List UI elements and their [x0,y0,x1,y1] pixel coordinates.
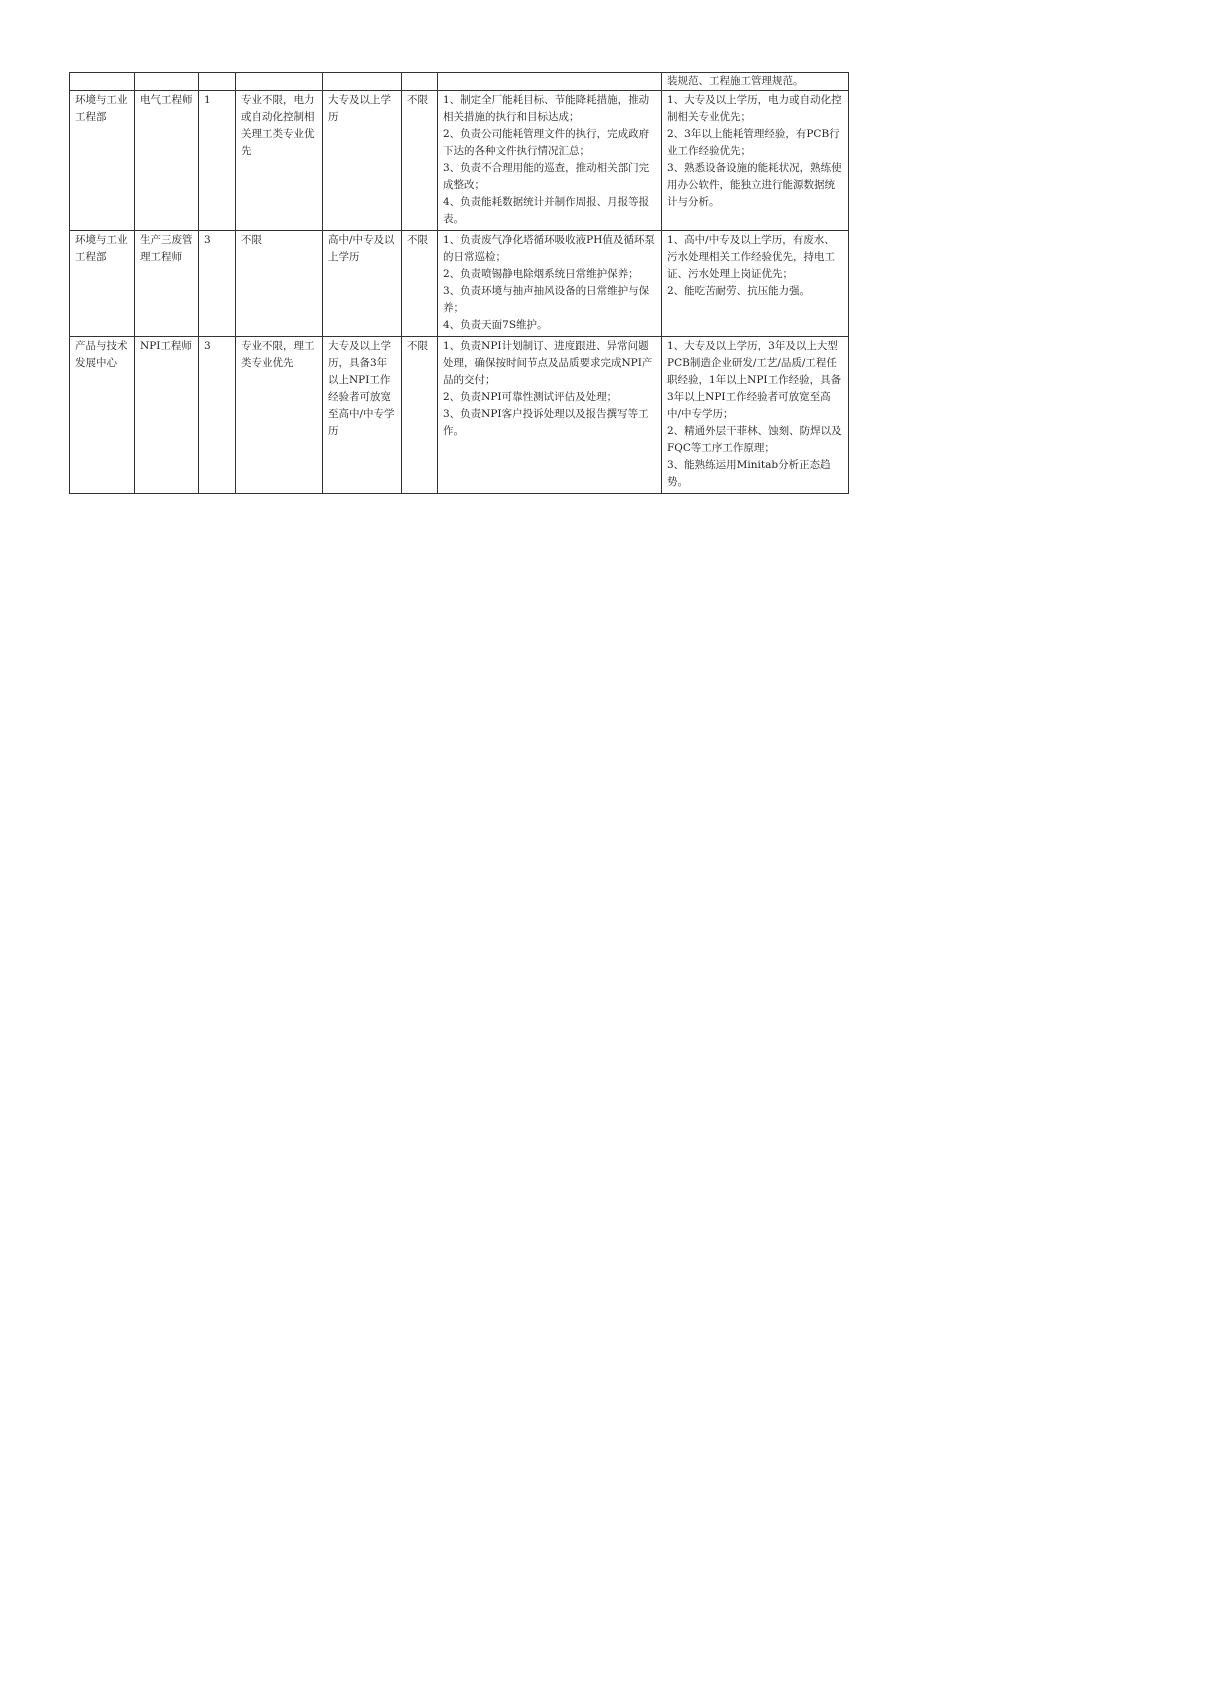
dutie-item: 3、负责环境与抽声抽风设备的日常维护与保养； [443,283,656,317]
dutie-item: 3、负责不合理用能的巡查，推动相关部门完成整改； [443,160,656,194]
education-cell: 大专及以上学历 [323,91,402,231]
table-row: 产品与技术发展中心 NPI工程师 3 专业不限，理工类专业优先 大专及以上学历，… [70,337,849,494]
dutie-item: 2、负责喷锡静电除烟系统日常维护保养； [443,266,656,283]
requirements-cell: 1、大专及以上学历，电力或自动化控制相关专业优先；2、3年以上能耗管理经验，有P… [662,91,849,231]
position-cell: 生产三废管理工程师 [135,231,199,337]
count-cell: 1 [199,91,236,231]
requirement-item: 1、大专及以上学历，3年及以上大型PCB制造企业研发/工艺/品质/工程任职经验，… [667,338,843,423]
gender-cell: 不限 [402,337,438,494]
dutie-item: 2、负责NPI可靠性测试评估及处理； [443,389,656,406]
dutie-item: 1、负责NPI计划制订、进度跟进、异常问题处理，确保按时间节点及品质要求完成NP… [443,338,656,389]
requirements-cell: 1、大专及以上学历，3年及以上大型PCB制造企业研发/工艺/品质/工程任职经验，… [662,337,849,494]
requirement-item: 3、能熟练运用Minitab分析正态趋势。 [667,457,843,491]
gender-cell: 不限 [402,231,438,337]
table-row: 环境与工业工程部 生产三废管理工程师 3 不限 高中/中专及以上学历 不限 1、… [70,231,849,337]
dutie-item: 1、负责废气净化塔循环吸收液PH值及循环泵的日常巡检； [443,232,656,266]
education-cell: 高中/中专及以上学历 [323,231,402,337]
department-cell: 环境与工业工程部 [70,91,135,231]
major-cell: 专业不限，电力或自动化控制相关理工类专业优先 [236,91,323,231]
dutie-item: 1、制定全厂能耗目标、节能降耗措施，推动相关措施的执行和目标达成； [443,92,656,126]
education-cell: 大专及以上学历，具备3年以上NPI工作经验者可放宽至高中/中专学历 [323,337,402,494]
count-cell: 3 [199,231,236,337]
dutie-item: 2、负责公司能耗管理文件的执行，完成政府下达的各种文件执行情况汇总； [443,126,656,160]
requirements-cell: 装规范、工程施工管理规范。 [662,73,849,91]
position-cell: NPI工程师 [135,337,199,494]
count-cell: 3 [199,337,236,494]
table-row-continuation: 装规范、工程施工管理规范。 [70,73,849,91]
dutie-item: 4、负责能耗数据统计并制作周报、月报等报表。 [443,194,656,228]
requirements-cell: 1、高中/中专及以上学历，有废水、污水处理相关工作经验优先，持电工证、污水处理上… [662,231,849,337]
gender-cell: 不限 [402,91,438,231]
requirement-item: 2、能吃苦耐劳、抗压能力强。 [667,283,843,300]
major-cell: 不限 [236,231,323,337]
duties-cell: 1、制定全厂能耗目标、节能降耗措施，推动相关措施的执行和目标达成；2、负责公司能… [438,91,662,231]
department-cell: 产品与技术发展中心 [70,337,135,494]
requirement-item: 3、熟悉设备设施的能耗状况，熟练使用办公软件，能独立进行能源数据统计与分析。 [667,160,843,211]
table-row: 环境与工业工程部 电气工程师 1 专业不限，电力或自动化控制相关理工类专业优先 … [70,91,849,231]
requirement-item: 2、3年以上能耗管理经验，有PCB行业工作经验优先； [667,126,843,160]
dutie-item: 4、负责天面7S维护。 [443,317,656,334]
requirement-item: 1、高中/中专及以上学历，有废水、污水处理相关工作经验优先，持电工证、污水处理上… [667,232,843,283]
job-requirements-table: 装规范、工程施工管理规范。 环境与工业工程部 电气工程师 1 专业不限，电力或自… [69,72,849,494]
department-cell: 环境与工业工程部 [70,231,135,337]
duties-cell: 1、负责NPI计划制订、进度跟进、异常问题处理，确保按时间节点及品质要求完成NP… [438,337,662,494]
major-cell: 专业不限，理工类专业优先 [236,337,323,494]
requirement-item: 1、大专及以上学历，电力或自动化控制相关专业优先； [667,92,843,126]
dutie-item: 3、负责NPI客户投诉处理以及报告撰写等工作。 [443,406,656,440]
position-cell: 电气工程师 [135,91,199,231]
requirement-item: 2、精通外层干菲林、蚀刻、防焊以及FQC等工序工作原理； [667,423,843,457]
duties-cell: 1、负责废气净化塔循环吸收液PH值及循环泵的日常巡检；2、负责喷锡静电除烟系统日… [438,231,662,337]
